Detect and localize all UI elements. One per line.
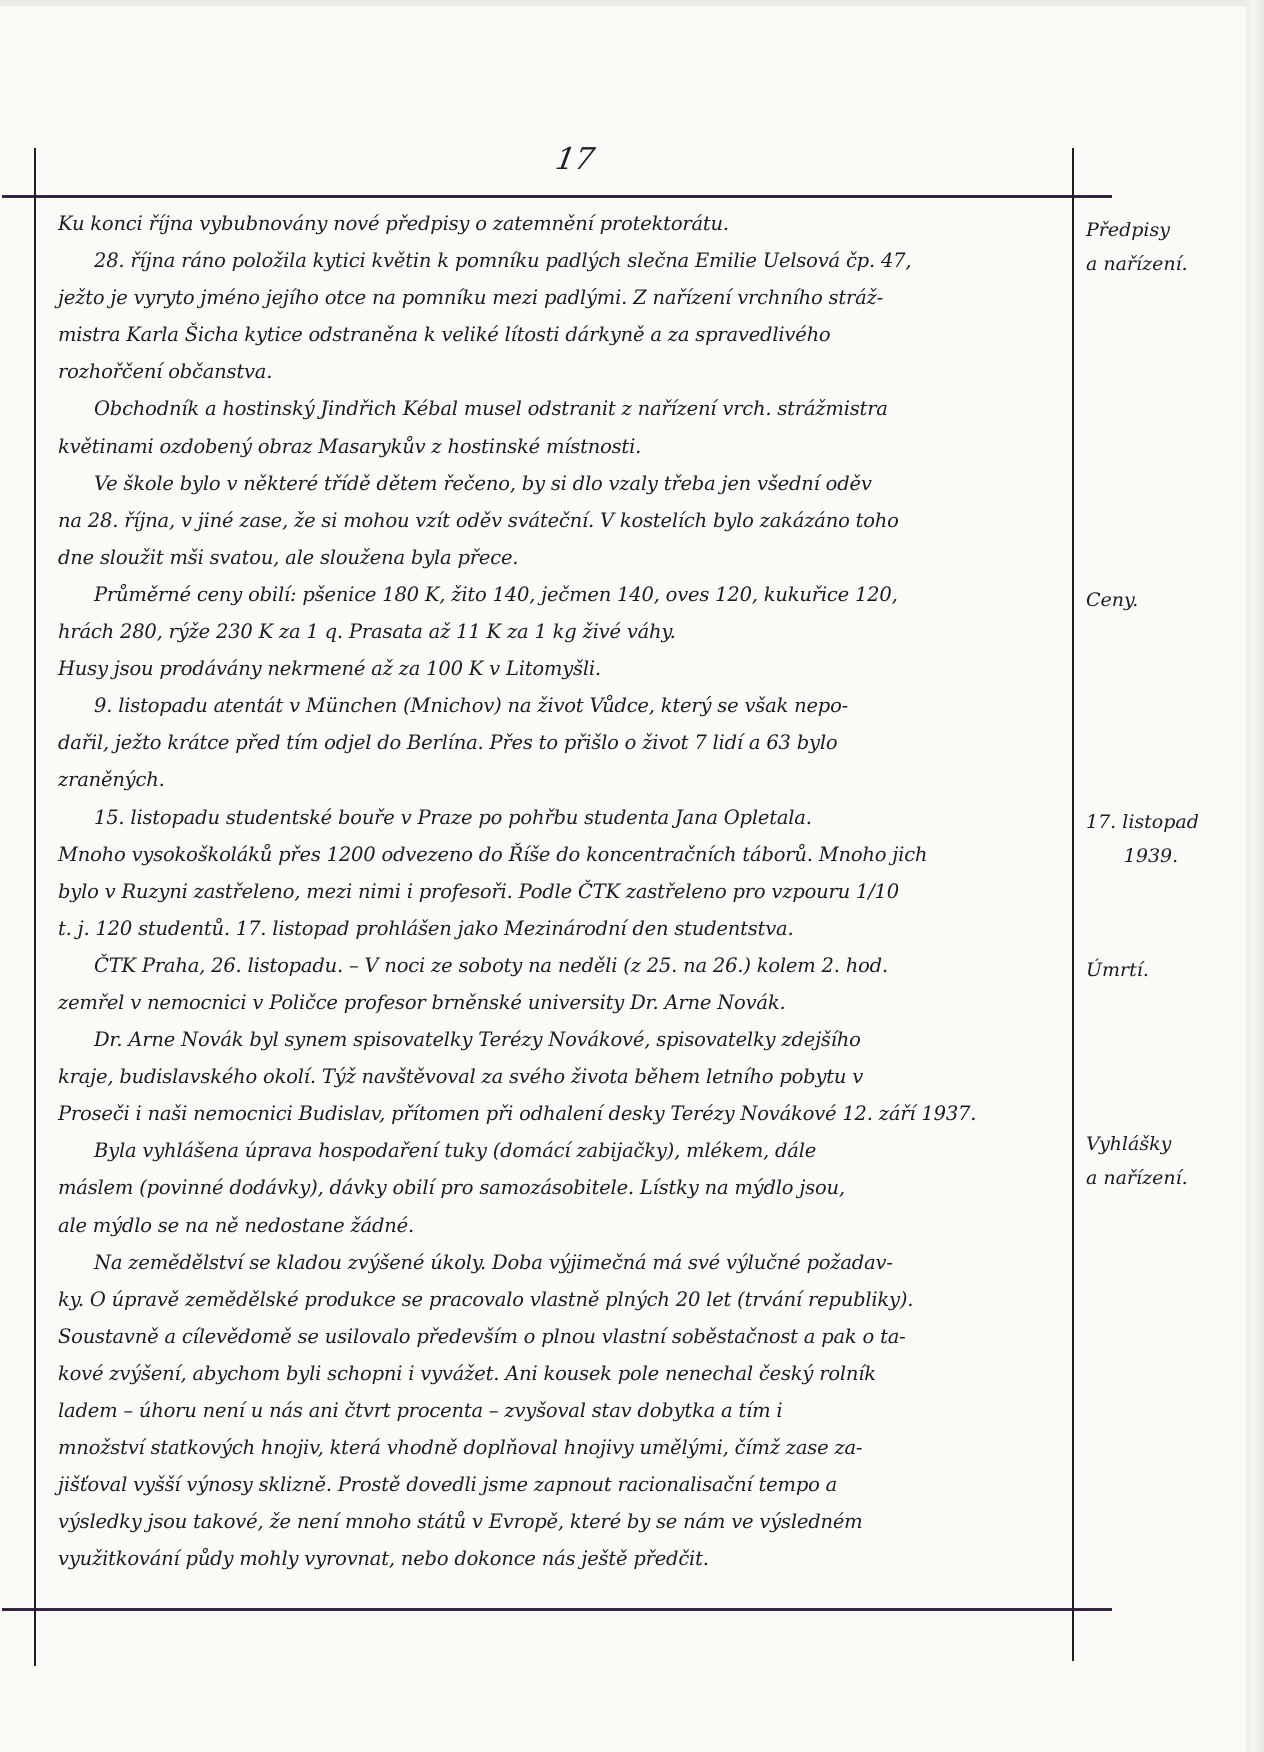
margin-note-line: Úmrtí. bbox=[1086, 953, 1236, 987]
text-line: ale mýdlo se na ně nedostane žádné. bbox=[58, 1207, 1068, 1244]
text-line: 28. října ráno položila kytici květin k … bbox=[58, 242, 1068, 279]
text-line: máslem (povinné dodávky), dávky obilí pr… bbox=[58, 1169, 1068, 1206]
page-number: 17 bbox=[552, 142, 598, 177]
text-line: Dr. Arne Novák byl synem spisovatelky Te… bbox=[58, 1021, 1068, 1058]
margin-note: Úmrtí. bbox=[1086, 953, 1236, 987]
margin-note: 17. listopad1939. bbox=[1086, 805, 1236, 873]
text-line: t. j. 120 studentů. 17. listopad prohláš… bbox=[58, 910, 1068, 947]
text-line: Byla vyhlášena úprava hospodaření tuky (… bbox=[58, 1132, 1068, 1169]
text-line: využitkování půdy mohly vyrovnat, nebo d… bbox=[58, 1540, 1068, 1577]
text-line: kové zvýšení, abychom byli schopni i vyv… bbox=[58, 1355, 1068, 1392]
text-line: na 28. října, v jiné zase, že si mohou v… bbox=[58, 502, 1068, 539]
text-line: Ku konci října vybubnovány nové předpisy… bbox=[58, 205, 1068, 242]
margin-note-line: 17. listopad bbox=[1086, 805, 1236, 839]
margin-note: Předpisya nařízení. bbox=[1086, 213, 1236, 281]
chronicle-body-text: Ku konci října vybubnovány nové předpisy… bbox=[58, 205, 1068, 1577]
text-line: květinami ozdobený obraz Masarykův z hos… bbox=[58, 428, 1068, 465]
text-line: kraje, budislavského okolí. Týž navštěvo… bbox=[58, 1058, 1068, 1095]
text-line: dařil, ježto krátce před tím odjel do Be… bbox=[58, 724, 1068, 761]
margin-note-line: a nařízení. bbox=[1086, 247, 1236, 281]
text-line: jišťoval vyšší výnosy sklizně. Prostě do… bbox=[58, 1466, 1068, 1503]
text-line: ladem – úhoru není u nás ani čtvrt proce… bbox=[58, 1392, 1068, 1429]
text-line: Soustavně a cílevědomě se usilovalo před… bbox=[58, 1318, 1068, 1355]
footer-rule bbox=[2, 1608, 1112, 1611]
text-line: Mnoho vysokoškoláků přes 1200 odvezeno d… bbox=[58, 836, 1068, 873]
text-line: 9. listopadu atentát v München (Mnichov)… bbox=[58, 687, 1068, 724]
text-line: Obchodník a hostinský Jindřich Kébal mus… bbox=[58, 390, 1068, 427]
margin-note-line: 1939. bbox=[1086, 839, 1236, 873]
text-line: Proseči i naši nemocnici Budislav, příto… bbox=[58, 1095, 1068, 1132]
text-line: ježto je vyryto jméno jejího otce na pom… bbox=[58, 279, 1068, 316]
margin-note-line: a nařízení. bbox=[1086, 1161, 1236, 1195]
text-line: zraněných. bbox=[58, 761, 1068, 798]
text-line: ky. O úpravě zemědělské produkce se prac… bbox=[58, 1281, 1068, 1318]
scan-right-edge bbox=[1246, 0, 1264, 1752]
text-line: mistra Karla Šicha kytice odstraněna k v… bbox=[58, 316, 1068, 353]
margin-note: Vyhláškya nařízení. bbox=[1086, 1127, 1236, 1195]
text-line: Ve škole bylo v některé třídě dětem řeče… bbox=[58, 465, 1068, 502]
text-line: Na zemědělství se kladou zvýšené úkoly. … bbox=[58, 1244, 1068, 1281]
text-line: výsledky jsou takové, že není mnoho stát… bbox=[58, 1503, 1068, 1540]
scan-top-edge bbox=[0, 0, 1246, 6]
right-margin-rule bbox=[1072, 148, 1074, 1661]
text-line: rozhořčení občanstva. bbox=[58, 353, 1068, 390]
margin-note: Ceny. bbox=[1086, 583, 1236, 617]
text-line: Průměrné ceny obilí: pšenice 180 K, žito… bbox=[58, 576, 1068, 613]
text-line: zemřel v nemocnici v Poličce profesor br… bbox=[58, 984, 1068, 1021]
text-line: bylo v Ruzyni zastřeleno, mezi nimi i pr… bbox=[58, 873, 1068, 910]
text-line: 15. listopadu studentské bouře v Praze p… bbox=[58, 799, 1068, 836]
margin-note-line: Předpisy bbox=[1086, 213, 1236, 247]
header-rule bbox=[2, 195, 1112, 198]
text-line: dne sloužit mši svatou, ale sloužena byl… bbox=[58, 539, 1068, 576]
margin-note-line: Vyhlášky bbox=[1086, 1127, 1236, 1161]
text-line: hrách 280, rýže 230 K za 1 q. Prasata až… bbox=[58, 613, 1068, 650]
left-margin-rule bbox=[34, 148, 36, 1666]
text-line: ČTK Praha, 26. listopadu. – V noci ze so… bbox=[58, 947, 1068, 984]
text-line: množství statkových hnojiv, která vhodně… bbox=[58, 1429, 1068, 1466]
margin-note-line: Ceny. bbox=[1086, 583, 1236, 617]
text-line: Husy jsou prodávány nekrmené až za 100 K… bbox=[58, 650, 1068, 687]
